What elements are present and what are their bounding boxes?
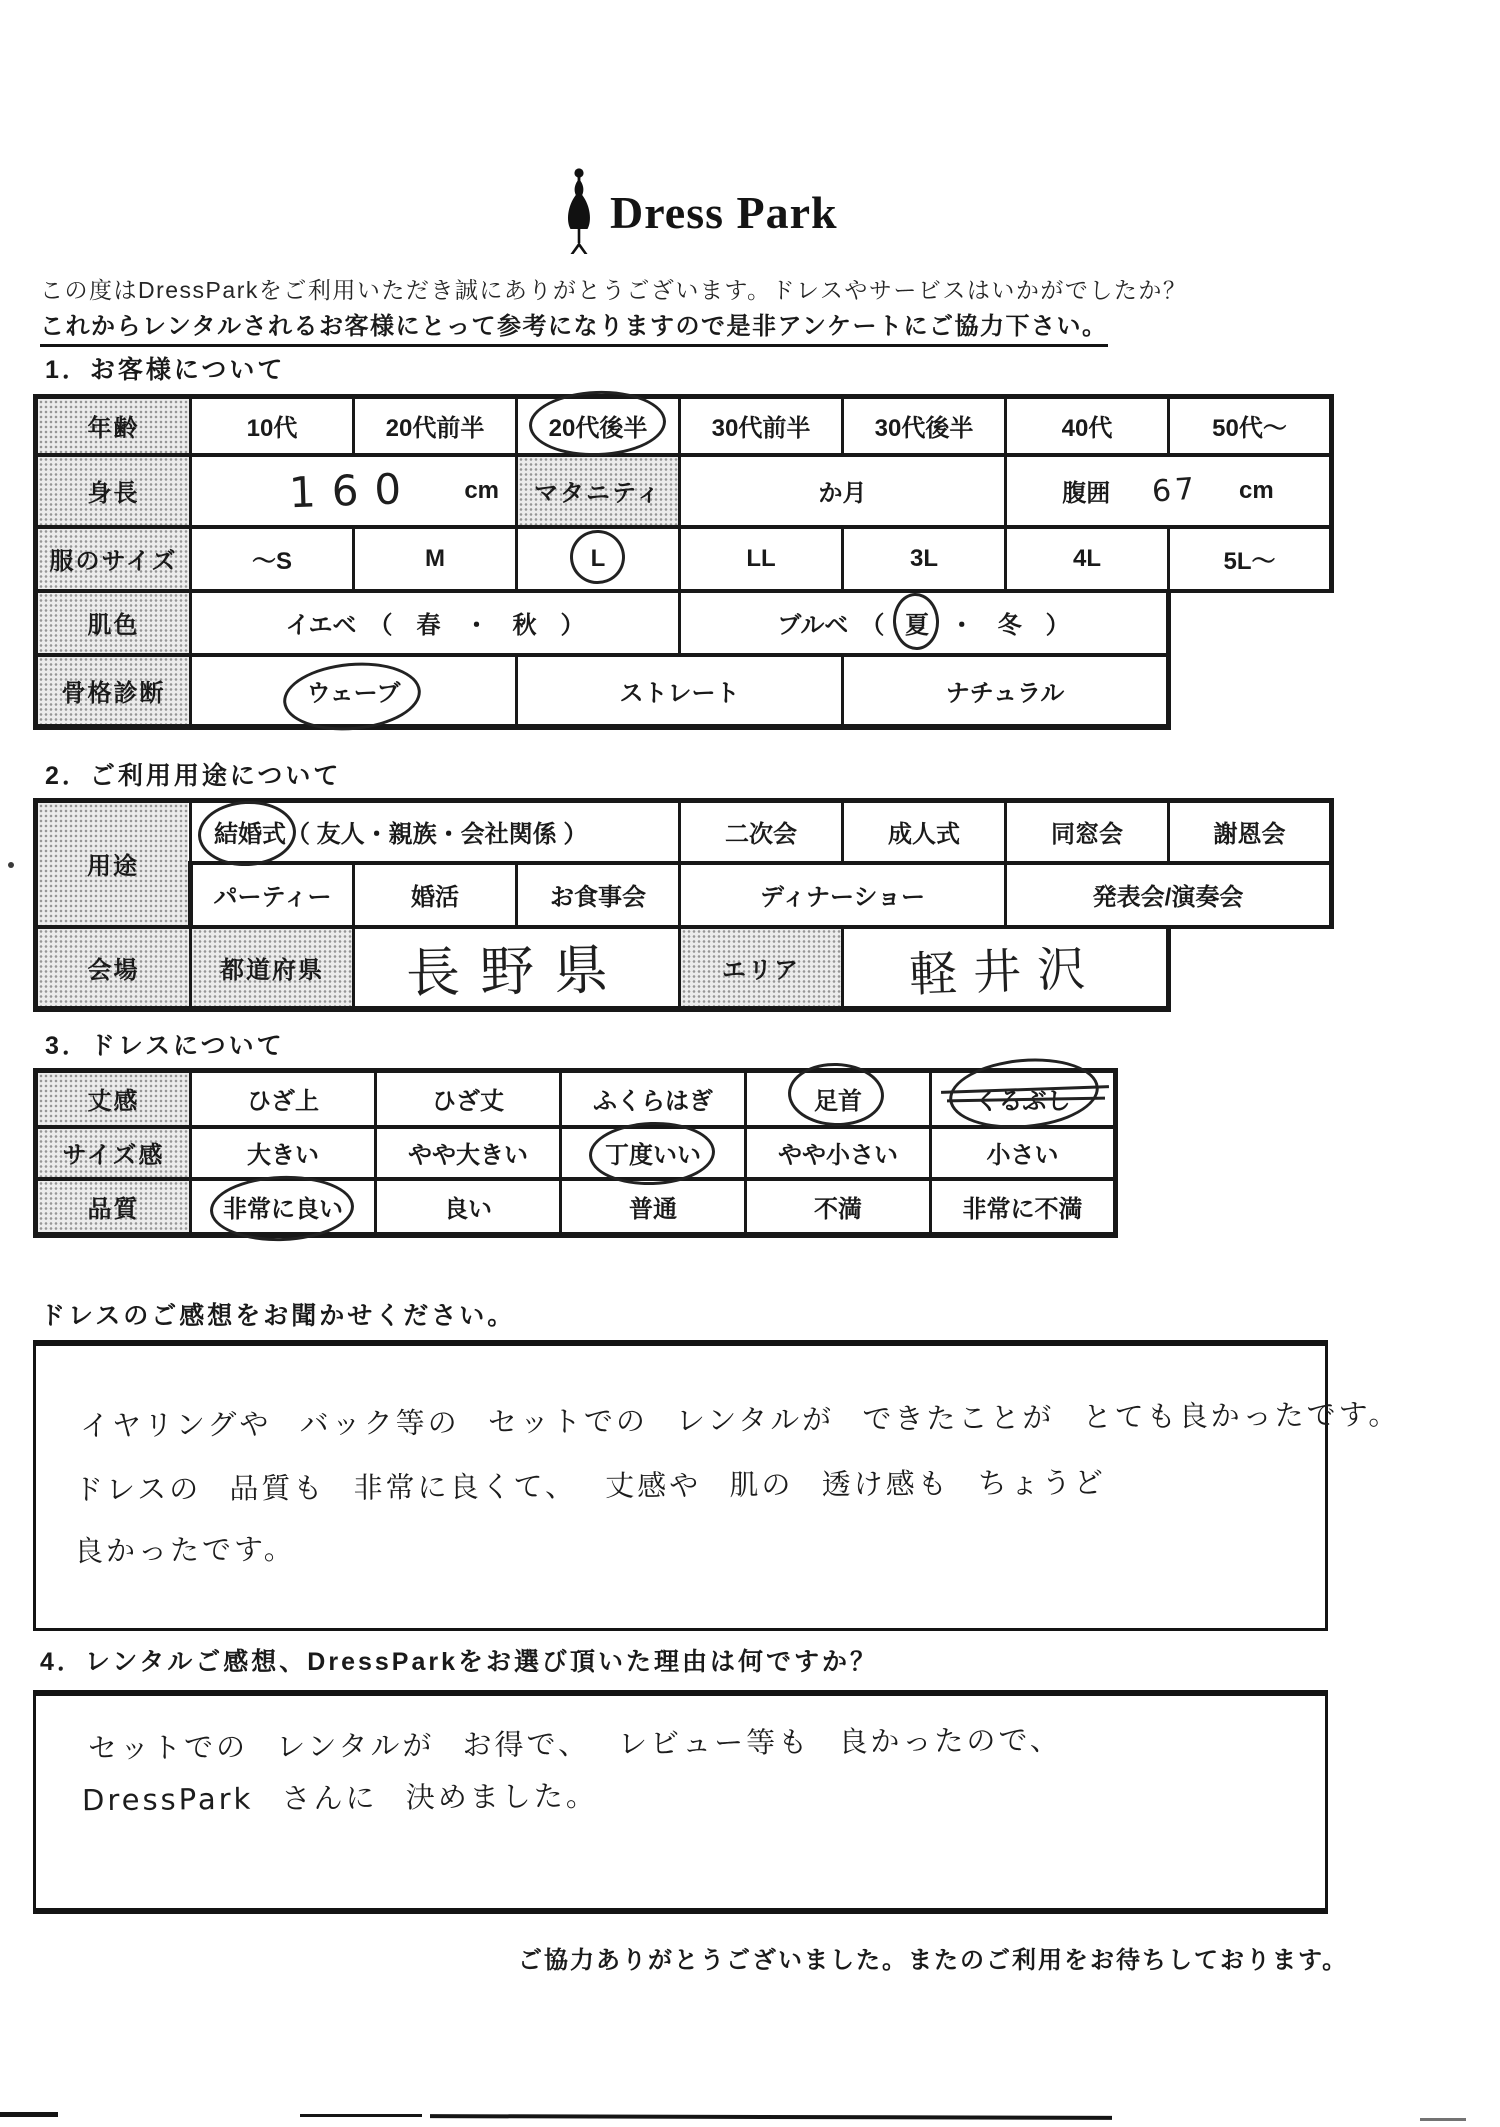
height-unit: cm [464, 477, 499, 505]
length-anklebone-text: くるぶし [975, 1088, 1071, 1115]
size-option-m: M [354, 527, 517, 591]
fit-label: サイズ感 [36, 1127, 191, 1179]
intro-line-2: これからレンタルされるお客様にとって参考になりますので是非アンケートにご協力下さ… [40, 306, 1108, 347]
size-option-ll: LL [680, 527, 843, 591]
size-option-4l: 4L [1006, 527, 1169, 591]
section-3-heading: 3．ドレスについて [45, 1026, 285, 1062]
area-handwritten-value: 軽井沢 [908, 929, 1102, 1005]
length-label: 丈感 [36, 1071, 191, 1127]
dress-feedback-heading: ドレスのご感想をお聞かせください。 [40, 1296, 515, 1332]
length-option-above-knee: ひざ上 [191, 1071, 376, 1127]
fit-option-just-right-selected: 丁度いい [561, 1127, 746, 1179]
fit-option-small: 小さい [931, 1127, 1116, 1179]
purpose-row-1: 用途 結婚式 （ 友人・親族・会社関係 ） 二次会 成人式 同窓会 謝恩会 [36, 801, 1332, 863]
age-option-late20s-text: 20代後半 [549, 415, 648, 442]
fit-option-big: 大きい [191, 1127, 376, 1179]
size-option-3l: 3L [843, 527, 1006, 591]
skeleton-wave-text: ウェーブ [307, 680, 401, 707]
length-ankle-text: 足首 [814, 1088, 862, 1115]
section-1-heading: 1．お客様について [45, 350, 285, 386]
handwritten-feedback-line: イヤリングや バック等の セットでの レンタルが できたことが とても良かったで… [80, 1392, 1401, 1445]
prefecture-handwritten-value: 長野県 [405, 927, 628, 1008]
area-label: エリア [680, 927, 843, 1009]
skeleton-option-wave-selected: ウェーブ [191, 655, 517, 727]
quality-option-normal: 普通 [561, 1179, 746, 1235]
purpose-option-dinner: お食事会 [517, 863, 680, 927]
waist-cell: 腹囲 67 cm [1006, 455, 1332, 527]
height-row: 身長 160 cm マタニティ か月 腹囲 67 cm [36, 455, 1332, 527]
customer-table: 年齢 10代 20代前半 20代後半 30代前半 30代後半 40代 50代～ … [33, 394, 1334, 730]
age-option-50s: 50代～ [1169, 397, 1332, 455]
prefecture-value-cell: 長野県 [354, 927, 680, 1009]
length-row: 丈感 ひざ上 ひざ丈 ふくらはぎ 足首 くるぶし [36, 1071, 1116, 1127]
skin-option-warm: イエベ （ 春 ・ 秋 ） [191, 591, 680, 655]
brand-text: Dress Park [610, 186, 838, 239]
handwritten-feedback-line: ドレスの 品質も 非常に良くて、 丈感や 肌の 透け感も ちょうど [74, 1460, 1106, 1508]
age-option-early20s: 20代前半 [354, 397, 517, 455]
purpose-option-thanks-party: 謝恩会 [1169, 801, 1332, 863]
fit-just-right-text: 丁度いい [605, 1142, 701, 1169]
age-option-late20s-selected: 20代後半 [517, 397, 680, 455]
prefecture-label: 都道府県 [191, 927, 354, 1009]
age-row-label: 年齢 [36, 397, 191, 455]
age-option-late30s: 30代後半 [843, 397, 1006, 455]
quality-label: 品質 [36, 1179, 191, 1235]
handwritten-reason-line: セットでの レンタルが お得で、 レビュー等も 良かったので、 [88, 1718, 1062, 1767]
age-option-40s: 40代 [1006, 397, 1169, 455]
purpose-wedding-detail: （ 友人・親族・会社関係 ） [286, 814, 587, 849]
reason-feedback-box: セットでの レンタルが お得で、 レビュー等も 良かったので、 DressPar… [33, 1690, 1328, 1914]
maternity-label: マタニティ [517, 455, 680, 527]
skin-cool-summer-selected: 夏 [905, 612, 929, 639]
dress-form-icon [560, 168, 598, 256]
clothing-size-row: 服のサイズ ～S M L LL 3L 4L 5L～ [36, 527, 1332, 591]
scan-speck [8, 862, 14, 868]
waist-label: 腹囲 [1062, 473, 1110, 508]
scan-artifact-line [300, 2114, 422, 2117]
age-row: 年齢 10代 20代前半 20代後半 30代前半 30代後半 40代 50代～ [36, 397, 1332, 455]
waist-handwritten-value: 67 [1150, 471, 1199, 509]
skeleton-option-straight: ストレート [517, 655, 843, 727]
purpose-option-coming-of-age: 成人式 [843, 801, 1006, 863]
quality-option-unsatisfied: 不満 [746, 1179, 931, 1235]
length-option-knee: ひざ丈 [376, 1071, 561, 1127]
maternity-months-cell: か月 [680, 455, 1006, 527]
venue-label: 会場 [36, 927, 191, 1009]
size-option-l-selected: L [517, 527, 680, 591]
purpose-label: 用途 [36, 801, 191, 927]
skin-cool-suffix: ・ 冬 ） [950, 612, 1070, 639]
empty-region [1169, 655, 1332, 727]
venue-row: 会場 都道府県 長野県 エリア 軽井沢 [36, 927, 1332, 1009]
scan-artifact-line [0, 2112, 58, 2117]
quality-row: 品質 非常に良い 良い 普通 不満 非常に不満 [36, 1179, 1116, 1235]
section-4-heading: 4．レンタルご感想、DressParkをお選び頂いた理由は何ですか？ [40, 1642, 878, 1678]
skeleton-row: 骨格診断 ウェーブ ストレート ナチュラル [36, 655, 1332, 727]
brand-logo: Dress Park [560, 168, 838, 256]
dress-table: 丈感 ひざ上 ひざ丈 ふくらはぎ 足首 くるぶし サイズ感 大きい やや大きい … [33, 1068, 1118, 1238]
purpose-row-2: パーティー 婚活 お食事会 ディナーショー 発表会/演奏会 [36, 863, 1332, 927]
skeleton-label: 骨格診断 [36, 655, 191, 727]
purpose-option-reunion: 同窓会 [1006, 801, 1169, 863]
empty-region [1169, 591, 1332, 655]
dress-feedback-box: イヤリングや バック等の セットでの レンタルが できたことが とても良かったで… [33, 1340, 1328, 1631]
purpose-option-afterparty: 二次会 [680, 801, 843, 863]
purpose-option-konkatsu: 婚活 [354, 863, 517, 927]
fit-option-slightly-small: やや小さい [746, 1127, 931, 1179]
skin-tone-row: 肌色 イエベ （ 春 ・ 秋 ） ブルベ （ 夏 ・ 冬 ） [36, 591, 1332, 655]
purpose-option-dinner-show: ディナーショー [680, 863, 1006, 927]
skeleton-option-natural: ナチュラル [843, 655, 1169, 727]
fit-row: サイズ感 大きい やや大きい 丁度いい やや小さい 小さい [36, 1127, 1116, 1179]
skin-tone-label: 肌色 [36, 591, 191, 655]
empty-region [1169, 927, 1332, 1009]
purpose-wedding-cell: 結婚式 （ 友人・親族・会社関係 ） [191, 801, 680, 863]
size-option-5l: 5L～ [1169, 527, 1332, 591]
usage-table: 用途 結婚式 （ 友人・親族・会社関係 ） 二次会 成人式 同窓会 謝恩会 パー… [33, 798, 1334, 1012]
size-option-l-text: L [591, 545, 606, 572]
quality-very-good-text: 非常に良い [223, 1196, 343, 1223]
length-option-calf: ふくらはぎ [561, 1071, 746, 1127]
fit-option-slightly-big: やや大きい [376, 1127, 561, 1179]
quality-option-very-unsatisfied: 非常に不満 [931, 1179, 1116, 1235]
scan-artifact-line [1420, 2118, 1466, 2121]
closing-message: ご協力ありがとうございました。またのご利用をお待ちしております。 [518, 1940, 1348, 1975]
purpose-wedding-selected: 結婚式 [214, 821, 286, 848]
height-row-label: 身長 [36, 455, 191, 527]
length-option-ankle-selected: 足首 [746, 1071, 931, 1127]
age-option-early30s: 30代前半 [680, 397, 843, 455]
intro-line-1: この度はDressParkをご利用いただき誠にありがとうございます。ドレスやサー… [40, 272, 1187, 305]
section-2-heading: 2．ご利用用途について [45, 756, 341, 792]
clothing-size-label: 服のサイズ [36, 527, 191, 591]
area-value-cell: 軽井沢 [843, 927, 1169, 1009]
handwritten-feedback-line: 良かったです。 [74, 1527, 296, 1570]
skin-option-cool: ブルベ （ 夏 ・ 冬 ） [680, 591, 1169, 655]
handwritten-reason-line: DressPark さんに 決めました。 [82, 1774, 598, 1819]
scan-artifact-line [430, 2114, 1112, 2120]
height-value-cell: 160 cm [191, 455, 517, 527]
quality-option-very-good-selected: 非常に良い [191, 1179, 376, 1235]
quality-option-good: 良い [376, 1179, 561, 1235]
length-option-anklebone-struck: くるぶし [931, 1071, 1116, 1127]
skin-cool-prefix: ブルベ （ [777, 612, 884, 639]
age-option-10s: 10代 [191, 397, 354, 455]
size-option-s: ～S [191, 527, 354, 591]
height-handwritten-value: 160 [289, 464, 419, 517]
waist-unit: cm [1239, 477, 1274, 505]
scanned-survey-sheet: { "page": {"bg":"#ffffff","ink":"#1a1a1a… [0, 0, 1500, 2127]
purpose-option-recital: 発表会/演奏会 [1006, 863, 1332, 927]
purpose-option-party: パーティー [191, 863, 354, 927]
